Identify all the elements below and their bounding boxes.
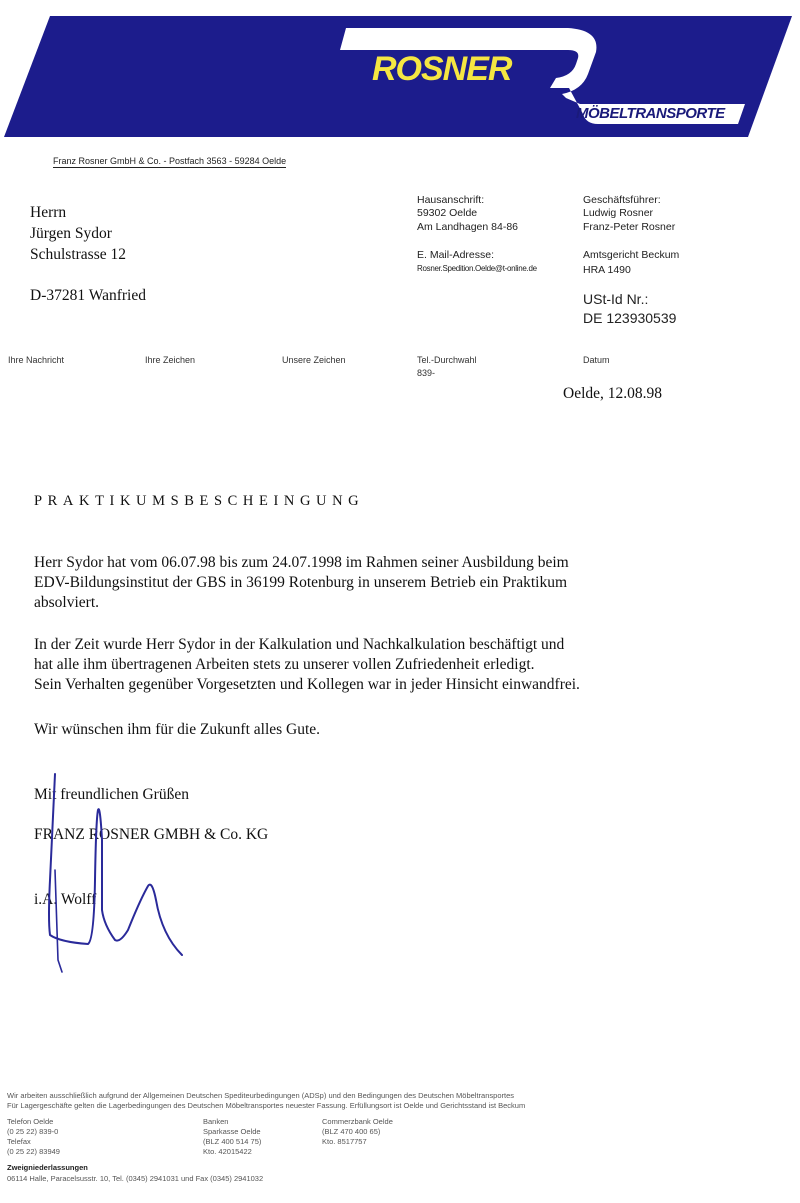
footer-bank2-name: Commerzbank Oelde [322, 1117, 393, 1126]
ref-our-reference: Unsere Zeichen [282, 355, 346, 365]
closing-company: FRANZ ROSNER GMBH & Co. KG [34, 825, 268, 845]
court-name: Amtsgericht Beckum [583, 249, 679, 261]
footer-terms-line2: Für Lagergeschäfte gelten die Lagerbedin… [7, 1101, 525, 1110]
footer-banks-label: Banken [203, 1117, 228, 1126]
managers-label: Geschäftsführer: [583, 194, 661, 206]
recipient-street: Schulstrasse 12 [30, 246, 126, 264]
body-p1-line1: Herr Sydor hat vom 06.07.98 bis zum 24.0… [34, 553, 569, 573]
footer-fax-number: (0 25 22) 83949 [7, 1147, 60, 1156]
footer-bank1-account: Kto. 42015422 [203, 1147, 252, 1156]
footer-bank2-account: Kto. 8517757 [322, 1137, 367, 1146]
document-title: PRAKTIKUMSBESCHEINGUNG [34, 493, 364, 510]
recipient-salutation: Herrn [30, 204, 66, 222]
manager-1: Ludwig Rosner [583, 207, 653, 219]
closing-greeting: Mit freundlichen Grüßen [34, 785, 189, 805]
letter-date: Oelde, 12.08.98 [563, 385, 662, 403]
court-register: HRA 1490 [583, 264, 631, 276]
body-p2-line3: Sein Verhalten gegenüber Vorgesetzten un… [34, 675, 580, 695]
address-city: 59302 Oelde [417, 207, 477, 219]
vat-number: DE 123930539 [583, 310, 676, 326]
email-label: E. Mail-Adresse: [417, 249, 494, 261]
footer-phone-number: (0 25 22) 839-0 [7, 1127, 58, 1136]
manager-2: Franz-Peter Rosner [583, 221, 675, 233]
recipient-city: D-37281 Wanfried [30, 287, 146, 305]
ref-your-reference: Ihre Zeichen [145, 355, 195, 365]
body-p3: Wir wünschen ihm für die Zukunft alles G… [34, 720, 320, 740]
recipient-name: Jürgen Sydor [30, 225, 112, 243]
footer-branches-label: Zweigniederlassungen [7, 1163, 88, 1172]
footer-bank1-name: Sparkasse Oelde [203, 1127, 261, 1136]
footer-fax-label: Telefax [7, 1137, 31, 1146]
email-address[interactable]: Rosner.Spedition.Oelde@t-online.de [417, 264, 537, 273]
ref-your-message: Ihre Nachricht [8, 355, 64, 365]
address-street: Am Landhagen 84-86 [417, 221, 518, 233]
logo-brand-text: ROSNER [372, 50, 513, 88]
footer-phone-label: Telefon Oelde [7, 1117, 53, 1126]
footer-bank2-blz: (BLZ 470 400 65) [322, 1127, 380, 1136]
closing-signer: i.A. Wolff [34, 890, 96, 910]
footer-bank1-blz: (BLZ 400 514 75) [203, 1137, 261, 1146]
letterhead-banner: ROSNER MÖBELTRANSPORTE [0, 0, 800, 145]
footer-terms-line1: Wir arbeiten ausschließlich aufgrund der… [7, 1091, 514, 1100]
ref-phone-value: 839- [417, 368, 435, 378]
footer-branches: 06114 Halle, Paracelsusstr. 10, Tel. (03… [7, 1174, 263, 1183]
body-p2-line1: In der Zeit wurde Herr Sydor in der Kalk… [34, 635, 564, 655]
ref-date-label: Datum [583, 355, 610, 365]
address-label: Hausanschrift: [417, 194, 484, 206]
logo-tagline-text: MÖBELTRANSPORTE [576, 105, 726, 122]
vat-label: USt-Id Nr.: [583, 291, 648, 307]
body-p1-line3: absolviert. [34, 593, 99, 613]
ref-phone-label: Tel.-Durchwahl [417, 355, 477, 365]
sender-return-line: Franz Rosner GmbH & Co. - Postfach 3563 … [53, 156, 286, 168]
body-p1-line2: EDV-Bildungsinstitut der GBS in 36199 Ro… [34, 573, 567, 593]
body-p2-line2: hat alle ihm übertragenen Arbeiten stets… [34, 655, 535, 675]
